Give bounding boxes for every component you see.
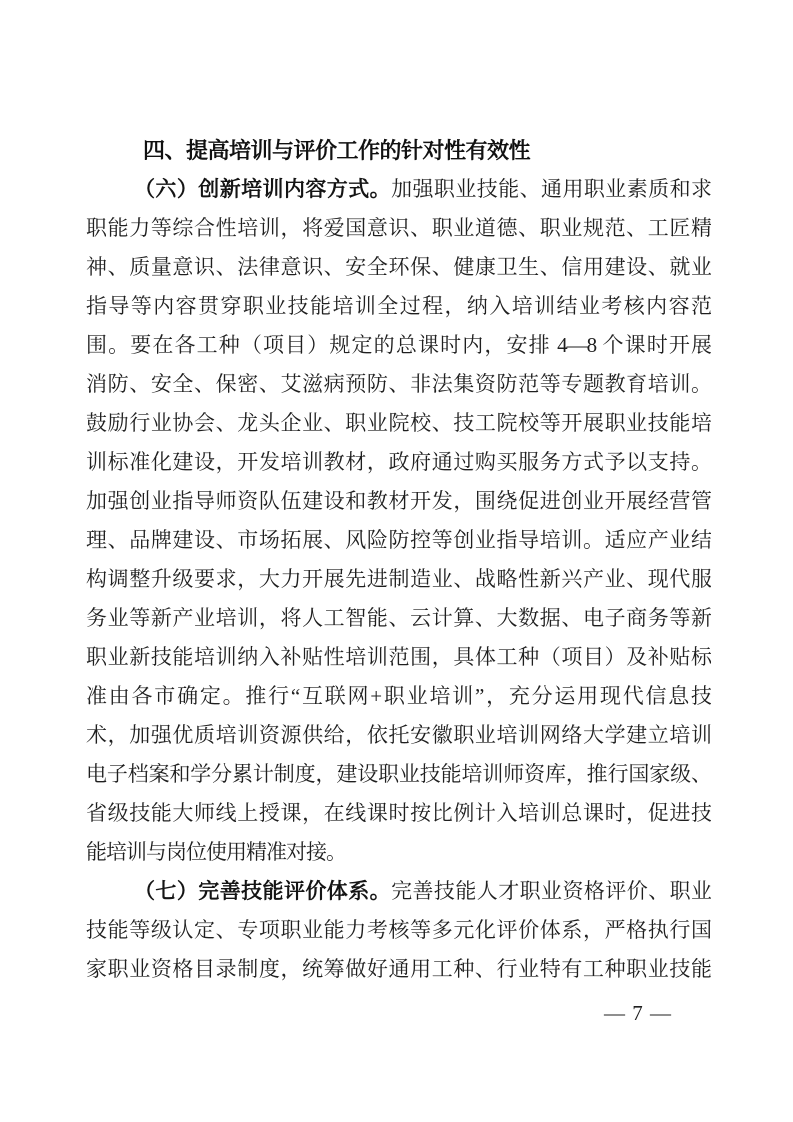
line-text: 鼓励行业协会、龙头企业、职业院校、技工院校等开展职业技能培 (86, 411, 711, 435)
line-text: 加强职业技能、通用职业素质和求 (391, 177, 711, 201)
text-line: 理、品牌建设、市场拓展、风险防控等创业指导培训。适应产业结 (86, 521, 711, 560)
line-text: 围。要在各工种（项目）规定的总课时内，安排 4—8 个课时开展 (86, 333, 711, 357)
page-number: — 7 — (604, 1001, 672, 1026)
bold-lead: （七）完善技能评价体系。 (134, 879, 391, 903)
text-line: 加强创业指导师资队伍建设和教材开发，围绕促进创业开展经营管 (86, 482, 711, 521)
text-line: 职能力等综合性培训，将爱国意识、职业道德、职业规范、工匠精 (86, 209, 711, 248)
text-line: 指导等内容贯穿职业技能培训全过程，纳入培训结业考核内容范 (86, 287, 711, 326)
text-line: 技能等级认定、专项职业能力考核等多元化评价体系，严格执行国 (86, 911, 711, 950)
line-text: 完善技能人才职业资格评价、职业 (391, 879, 711, 903)
text-line: （七）完善技能评价体系。完善技能人才职业资格评价、职业 (86, 872, 711, 911)
line-text: 指导等内容贯穿职业技能培训全过程，纳入培训结业考核内容范 (86, 294, 711, 318)
line-text: 家职业资格目录制度，统筹做好通用工种、行业特有工种职业技能 (86, 957, 711, 981)
text-line: 省级技能大师线上授课，在线课时按比例计入培训总课时，促进技 (86, 794, 711, 833)
line-text: 加强创业指导师资队伍建设和教材开发，围绕促进创业开展经营管 (86, 489, 711, 513)
text-line: 术，加强优质培训资源供给，依托安徽职业培训网络大学建立培训 (86, 716, 711, 755)
line-text: 技能等级认定、专项职业能力考核等多元化评价体系，严格执行国 (86, 918, 711, 942)
text-line: 家职业资格目录制度，统筹做好通用工种、行业特有工种职业技能 (86, 950, 711, 989)
text-line: 务业等新产业培训，将人工智能、云计算、大数据、电子商务等新 (86, 599, 711, 638)
section-heading: 四、提高培训与评价工作的针对性有效性 (86, 131, 711, 170)
line-text: 构调整升级要求，大力开展先进制造业、战略性新兴产业、现代服 (86, 567, 711, 591)
text-line: 电子档案和学分累计制度，建设职业技能培训师资库，推行国家级、 (86, 755, 711, 794)
text-line: （六）创新培训内容方式。加强职业技能、通用职业素质和求 (86, 170, 711, 209)
line-text: 训标准化建设，开发培训教材，政府通过购买服务方式予以支持。 (86, 450, 711, 474)
line-text: 电子档案和学分累计制度，建设职业技能培训师资库，推行国家级、 (86, 762, 711, 786)
line-text: 理、品牌建设、市场拓展、风险防控等创业指导培训。适应产业结 (86, 528, 711, 552)
line-text: 准由各市确定。推行“互联网+职业培训”，充分运用现代信息技 (86, 684, 711, 708)
text-line: 准由各市确定。推行“互联网+职业培训”，充分运用现代信息技 (86, 677, 711, 716)
line-text: 术，加强优质培训资源供给，依托安徽职业培训网络大学建立培训 (86, 723, 711, 747)
line-text: 务业等新产业培训，将人工智能、云计算、大数据、电子商务等新 (86, 606, 711, 630)
document-page: 四、提高培训与评价工作的针对性有效性 （六）创新培训内容方式。加强职业技能、通用… (0, 0, 793, 1122)
text-line: 能培训与岗位使用精准对接。 (86, 833, 711, 872)
line-text: 职能力等综合性培训，将爱国意识、职业道德、职业规范、工匠精 (86, 216, 711, 240)
line-text: 省级技能大师线上授课，在线课时按比例计入培训总课时，促进技 (86, 801, 711, 825)
text-line: 神、质量意识、法律意识、安全环保、健康卫生、信用建设、就业 (86, 248, 711, 287)
line-text: 能培训与岗位使用精准对接。 (86, 840, 346, 864)
document-body: 四、提高培训与评价工作的针对性有效性 （六）创新培训内容方式。加强职业技能、通用… (86, 131, 711, 989)
text-line: 职业新技能培训纳入补贴性培训范围，具体工种（项目）及补贴标 (86, 638, 711, 677)
text-line: 鼓励行业协会、龙头企业、职业院校、技工院校等开展职业技能培 (86, 404, 711, 443)
line-text: 消防、安全、保密、艾滋病预防、非法集资防范等专题教育培训。 (86, 372, 711, 396)
text-line: 训标准化建设，开发培训教材，政府通过购买服务方式予以支持。 (86, 443, 711, 482)
bold-lead: （六）创新培训内容方式。 (134, 177, 391, 201)
line-text: 神、质量意识、法律意识、安全环保、健康卫生、信用建设、就业 (86, 255, 711, 279)
text-line: 构调整升级要求，大力开展先进制造业、战略性新兴产业、现代服 (86, 560, 711, 599)
text-line: 消防、安全、保密、艾滋病预防、非法集资防范等专题教育培训。 (86, 365, 711, 404)
text-line: 围。要在各工种（项目）规定的总课时内，安排 4—8 个课时开展 (86, 326, 711, 365)
line-text: 职业新技能培训纳入补贴性培训范围，具体工种（项目）及补贴标 (86, 645, 711, 669)
